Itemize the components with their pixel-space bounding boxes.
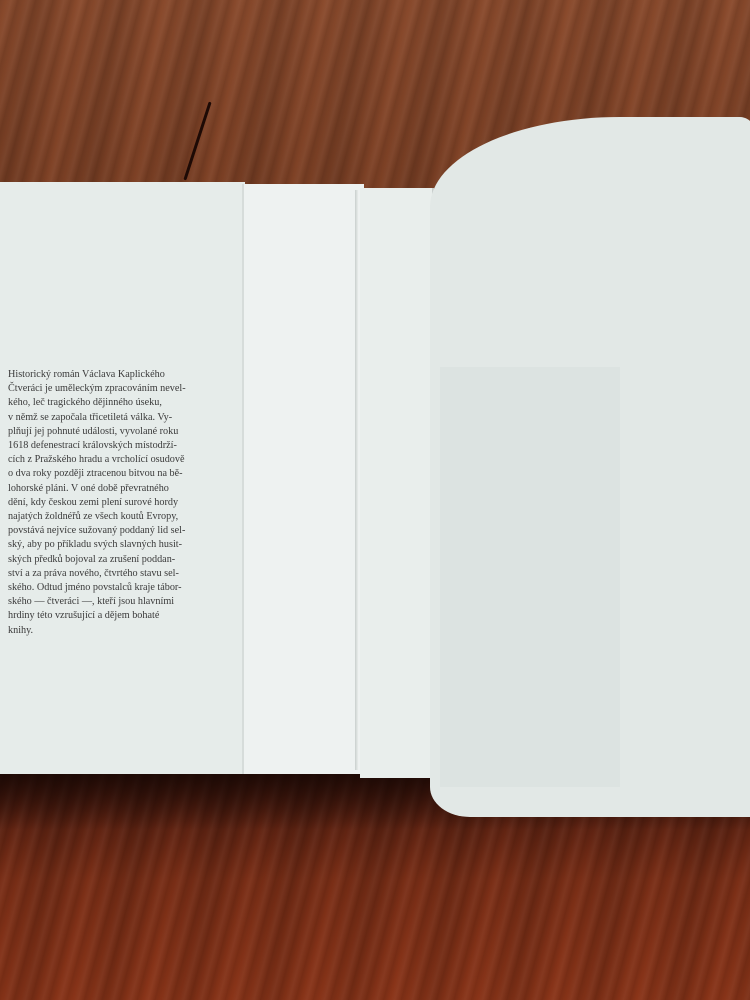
blurb-line: kého, leč tragického dějinného úseku, (8, 396, 244, 410)
fold-crease (355, 190, 359, 770)
blurb-line: ských předků bojoval za zrušení poddan- (8, 553, 244, 567)
blurb-line: Historický román Václava Kaplického (8, 368, 244, 382)
blurb-line: o dva roky později ztracenou bitvou na b… (8, 467, 244, 481)
blurb-line: v němž se započala třicetiletá válka. Vy… (8, 411, 244, 425)
blurb-line: knihy. (8, 624, 244, 638)
page-discoloration (440, 367, 620, 787)
blurb-line: dění, kdy českou zemi plení surové hordy (8, 496, 244, 510)
blurb-line: ství a za práva nového, čtvrtého stavu s… (8, 567, 244, 581)
blurb-line: ského. Odtud jméno povstalců kraje tábor… (8, 581, 244, 595)
blurb-line: lohorské pláni. V oné době převratného (8, 482, 244, 496)
blurb-line: povstává nejvíce sužovaný poddaný lid se… (8, 524, 244, 538)
jacket-blurb-text: Historický román Václava Kaplického Čtve… (8, 368, 244, 638)
blurb-line: ský, aby po příkladu svých slavných husi… (8, 538, 244, 552)
blurb-line: plňují jej pohnuté události, vyvolané ro… (8, 425, 244, 439)
book-right-page (430, 117, 750, 817)
blurb-line: 1618 defenestrací královských místodrží- (8, 439, 244, 453)
blurb-line: Čtveráci je uměleckým zpracováním nevel- (8, 382, 244, 396)
blurb-line: cích z Pražského hradu a vrcholící osudo… (8, 453, 244, 467)
book-spine (360, 188, 434, 778)
blurb-line: ského — čtveráci —, kteří jsou hlavními (8, 595, 244, 609)
blurb-line: najatých žoldnéřů ze všech koutů Evropy, (8, 510, 244, 524)
blurb-line: hrdiny této vzrušující a dějem bohaté (8, 609, 244, 623)
jacket-flap-fold (242, 184, 364, 774)
